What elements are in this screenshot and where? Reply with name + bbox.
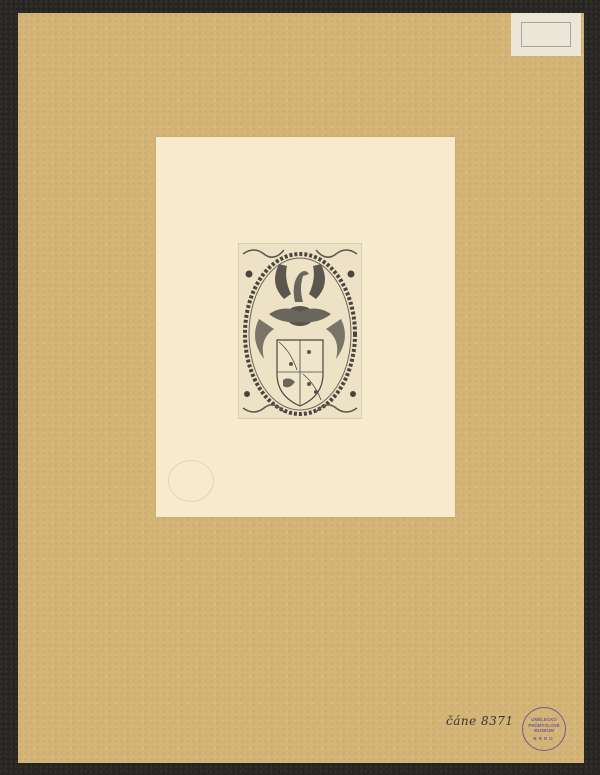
coat-of-arms-engraving [239,244,361,418]
print-sheet [156,137,455,517]
faint-stamp-mark [168,460,214,502]
inventory-number: čáne 8371 [446,714,514,728]
museum-stamp: UMĚLECKO PRŮMYSLOVÉ MUSEUM BRNO [522,707,566,751]
mounting-card: čáne 8371 UMĚLECKO PRŮMYSLOVÉ MUSEUM BRN… [18,13,584,763]
engraving-plate [239,244,361,418]
catalog-label [511,13,581,56]
stamp-city: BRNO [533,736,554,742]
stamp-line-3: MUSEUM [534,728,554,734]
label-frame [521,22,571,47]
